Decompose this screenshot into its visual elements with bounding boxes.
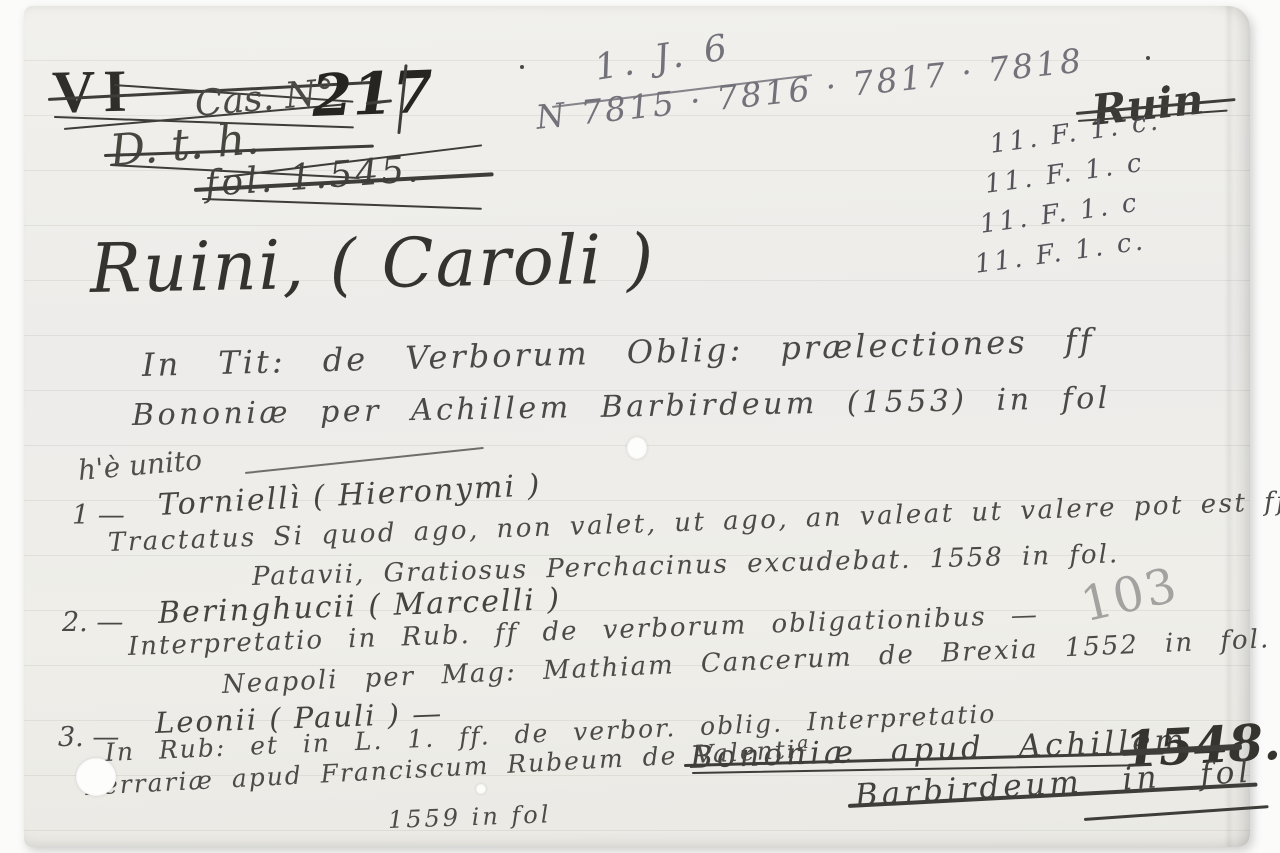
imprint-line: Bononiæ per Achillem Barbirdeum (1553) i… (132, 381, 1111, 433)
item-text-line: 1559 in fol (388, 800, 552, 834)
author-heading: Ruini, ( Caroli ) (89, 220, 656, 309)
punch-hole (627, 437, 647, 459)
flourish-stroke (245, 447, 484, 474)
item-number: 2. — (62, 607, 123, 638)
catalog-card: VI Cas. N° 217 D. t. h. fol. 1.545. 1. J… (24, 6, 1250, 847)
item-number: 1 — (72, 500, 125, 531)
title-line: In Tit: de Verborum Oblig: prælectiones … (142, 321, 1095, 384)
punch-hole (76, 758, 116, 796)
strike-line (202, 198, 482, 210)
ink-dot (1146, 56, 1150, 60)
bound-with-label: h'è unito (77, 443, 204, 487)
ink-dot (520, 65, 524, 69)
punch-hole (476, 784, 486, 794)
strike-line (1084, 805, 1269, 821)
card-number-217: 217 (311, 58, 434, 130)
